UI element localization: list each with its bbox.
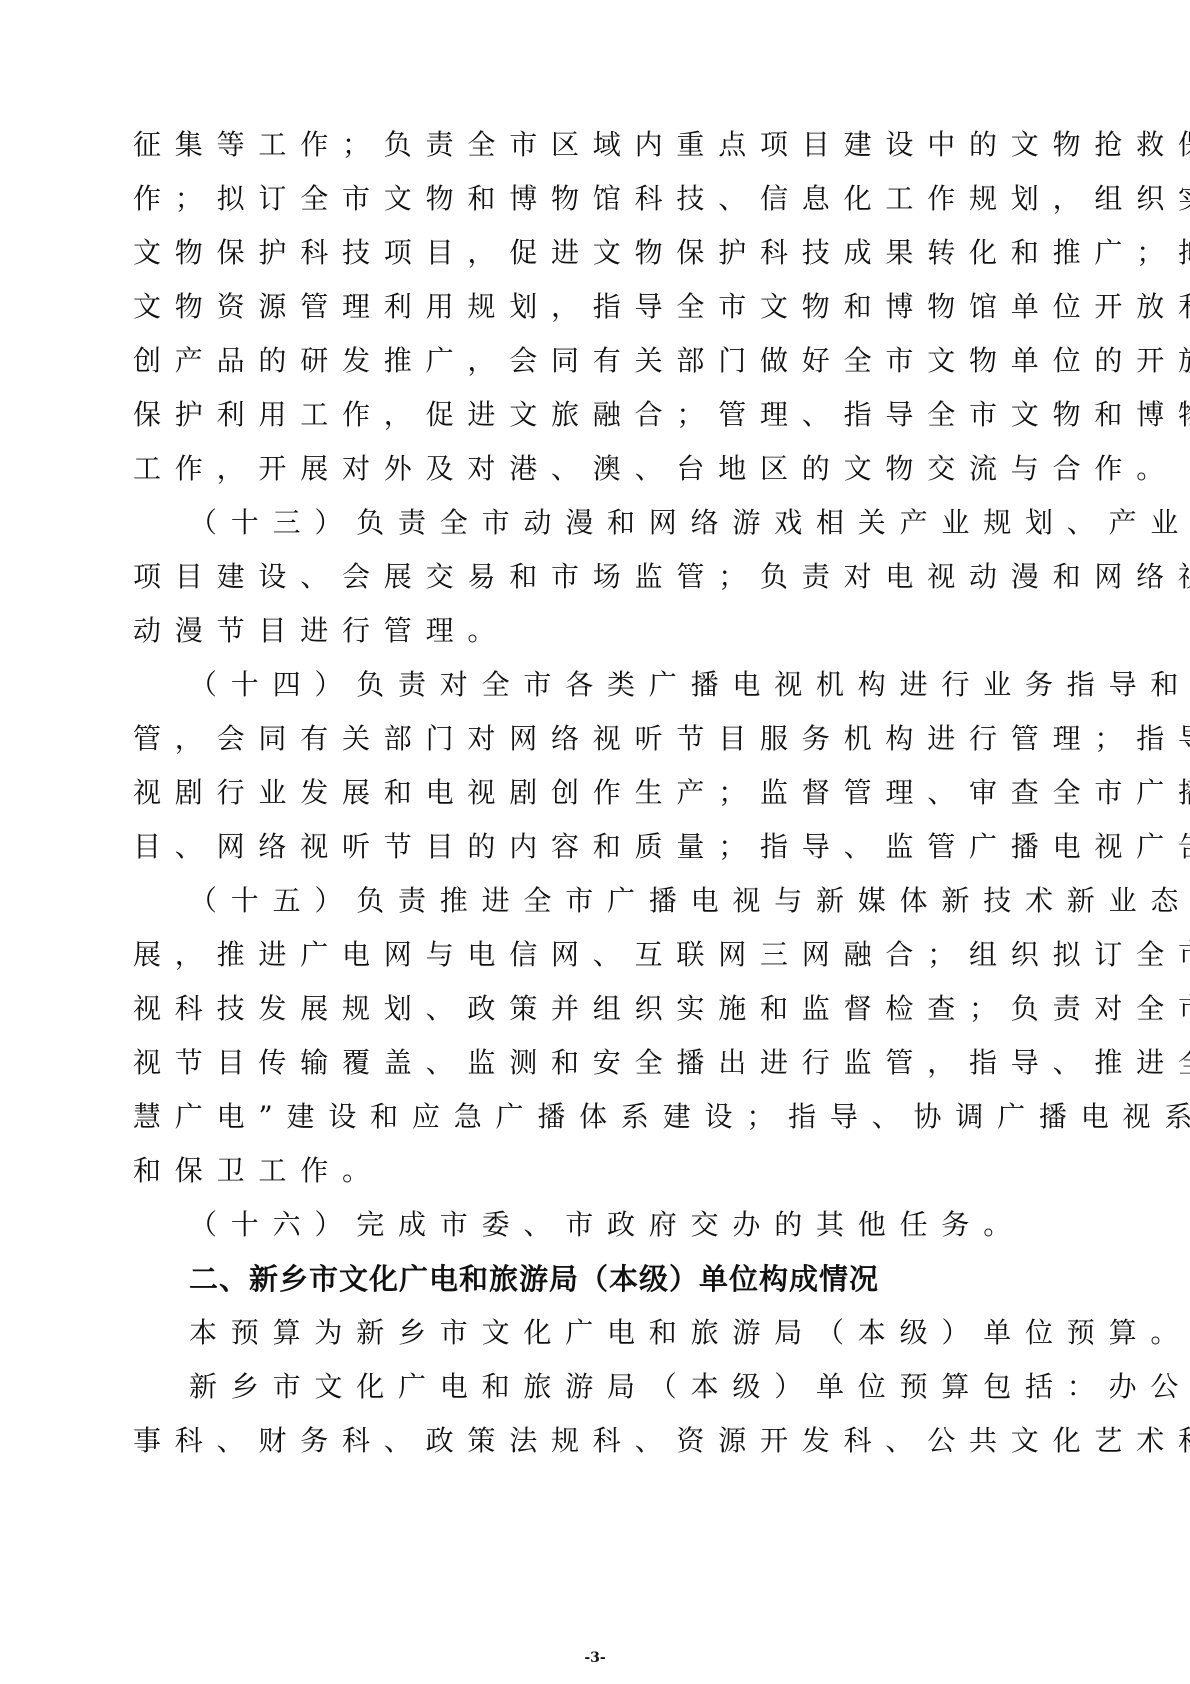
paragraph-budget-units: 新乡市文化广电和旅游局（本级）单位预算包括：办公室、人 [133,1360,1063,1414]
paragraph-budget-scope: 本预算为新乡市文化广电和旅游局（本级）单位预算。 [133,1306,1063,1360]
paragraph-item-15: （十五）负责推进全市广播电视与新媒体新技术新业态融合发 [133,874,1063,928]
paragraph-item-16: （十六）完成市委、市政府交办的其他任务。 [133,1198,1063,1252]
paragraph-line: 工作，开展对外及对港、澳、台地区的文物交流与合作。 [133,442,1063,496]
paragraph-line: 文物保护科技项目，促进文物保护科技成果转化和推广；拟订全市 [133,226,1063,280]
paragraph-line: 项目建设、会展交易和市场监管；负责对电视动漫和网络视听中的 [133,550,1063,604]
paragraph-line: 目、网络视听节目的内容和质量；指导、监管广播电视广告播放。 [133,820,1063,874]
paragraph-item-13: （十三）负责全市动漫和网络游戏相关产业规划、产业基地、 [133,496,1063,550]
document-page: 征集等工作；负责全市区域内重点项目建设中的文物抢救保护工 作；拟订全市文物和博物… [0,0,1190,1684]
paragraph-line: 动漫节目进行管理。 [133,604,1063,658]
paragraph-line: 视科技发展规划、政策并组织实施和监督检查；负责对全市广播电 [133,982,1063,1036]
paragraph-line: 创产品的研发推广，会同有关部门做好全市文物单位的开放管理、 [133,334,1063,388]
paragraph-line: 文物资源管理利用规划，指导全市文物和博物馆单位开放利用及文 [133,280,1063,334]
paragraph-line: 征集等工作；负责全市区域内重点项目建设中的文物抢救保护工 [133,118,1063,172]
paragraph-line: 展，推进广电网与电信网、互联网三网融合；组织拟订全市广播电 [133,928,1063,982]
page-number: -3- [0,1650,1190,1666]
paragraph-line: 事科、财务科、政策法规科、资源开发科、公共文化艺术科、文物 [133,1414,1063,1468]
section-heading: 二、新乡市文化广电和旅游局（本级）单位构成情况 [133,1252,1063,1306]
paragraph-line: 视节目传输覆盖、监测和安全播出进行监管，指导、推进全市“智 [133,1036,1063,1090]
paragraph-line: 和保卫工作。 [133,1144,1063,1198]
paragraph-line: 管，会同有关部门对网络视听节目服务机构进行管理；指导全市电 [133,712,1063,766]
paragraph-line: 慧广电”建设和应急广播体系建设；指导、协调广播电视系统安全 [133,1090,1063,1144]
paragraph-item-14: （十四）负责对全市各类广播电视机构进行业务指导和行业监 [133,658,1063,712]
paragraph-line: 作；拟订全市文物和博物馆科技、信息化工作规划，组织实施重大 [133,172,1063,226]
paragraph-line: 保护利用工作，促进文旅融合；管理、指导全市文物和博物馆外事 [133,388,1063,442]
document-body: 征集等工作；负责全市区域内重点项目建设中的文物抢救保护工 作；拟订全市文物和博物… [133,118,1063,1468]
paragraph-line: 视剧行业发展和电视剧创作生产；监督管理、审查全市广播电视节 [133,766,1063,820]
